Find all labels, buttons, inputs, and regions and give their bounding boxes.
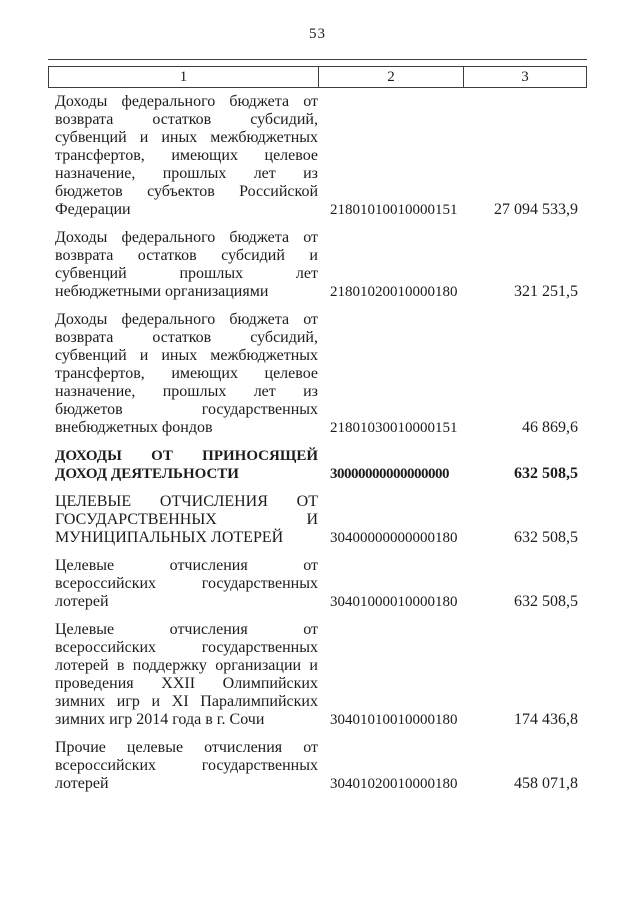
table-row: ДОХОДЫ ОТ ПРИНОСЯЩЕЙ ДОХОД ДЕЯТЕЛЬНОСТИ …: [48, 447, 587, 483]
table-top-rule: [48, 59, 587, 60]
table-row: ЦЕЛЕВЫЕ ОТЧИСЛЕНИЯ ОТ ГОСУДАРСТВЕННЫХ И …: [48, 493, 587, 547]
table-row: Доходы федерального бюджета от возврата …: [48, 311, 587, 437]
row-amount: 46 869,6: [463, 419, 587, 437]
row-description: Доходы федерального бюджета от возврата …: [48, 93, 318, 219]
row-description: Целевые отчисления от всероссийских госу…: [48, 621, 318, 729]
row-code: 21801010010000151: [318, 201, 463, 219]
row-description: Доходы федерального бюджета от возврата …: [48, 229, 318, 301]
row-description: ДОХОДЫ ОТ ПРИНОСЯЩЕЙ ДОХОД ДЕЯТЕЛЬНОСТИ: [48, 447, 318, 483]
table-row: Целевые отчисления от всероссийских госу…: [48, 557, 587, 611]
row-code: 30400000000000180: [318, 529, 463, 547]
row-amount: 632 508,5: [463, 529, 587, 547]
row-description: ЦЕЛЕВЫЕ ОТЧИСЛЕНИЯ ОТ ГОСУДАРСТВЕННЫХ И …: [48, 493, 318, 547]
document-page: 53 1 2 3 Доходы федерального бюджета от …: [0, 0, 640, 905]
table-row: Прочие целевые отчисления от всероссийск…: [48, 739, 587, 793]
table-row: Целевые отчисления от всероссийских госу…: [48, 621, 587, 729]
table-row: Доходы федерального бюджета от возврата …: [48, 229, 587, 301]
header-col-2: 2: [319, 67, 464, 87]
table-header-row: 1 2 3: [48, 66, 587, 88]
row-code: 30401020010000180: [318, 775, 463, 793]
row-code: 21801020010000180: [318, 283, 463, 301]
row-amount: 174 436,8: [463, 711, 587, 729]
page-number: 53: [48, 26, 587, 43]
table-row: Доходы федерального бюджета от возврата …: [48, 93, 587, 219]
row-amount: 632 508,5: [463, 465, 587, 483]
row-amount: 632 508,5: [463, 593, 587, 611]
row-amount: 321 251,5: [463, 283, 587, 301]
row-description: Доходы федерального бюджета от возврата …: [48, 311, 318, 437]
row-code: 30000000000000000: [318, 465, 463, 483]
budget-table: 1 2 3 Доходы федерального бюджета от воз…: [48, 59, 587, 803]
table-body: Доходы федерального бюджета от возврата …: [48, 93, 587, 793]
row-code: 30401010010000180: [318, 711, 463, 729]
row-amount: 458 071,8: [463, 775, 587, 793]
row-amount: 27 094 533,9: [463, 201, 587, 219]
row-code: 21801030010000151: [318, 419, 463, 437]
header-col-1: 1: [49, 67, 319, 87]
row-description: Целевые отчисления от всероссийских госу…: [48, 557, 318, 611]
row-description: Прочие целевые отчисления от всероссийск…: [48, 739, 318, 793]
header-col-3: 3: [464, 67, 586, 87]
row-code: 30401000010000180: [318, 593, 463, 611]
